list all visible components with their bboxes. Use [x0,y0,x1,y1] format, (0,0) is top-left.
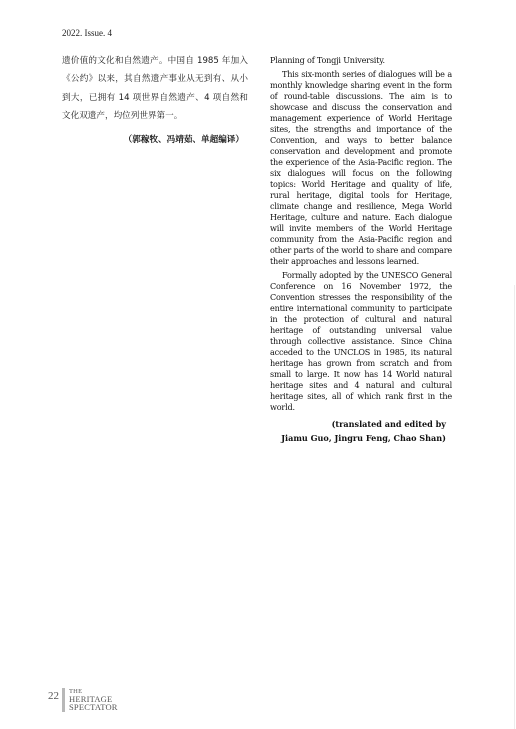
document-page: 2022. Issue. 4 遗价值的文化和自然遗产。中国自 1985 年加入《… [0,0,516,729]
page-edge-line [514,285,515,729]
magazine-logo: THE HERITAGE SPECTATOR [69,688,118,711]
chinese-credit: （郭稼牧、冯靖茹、单超编译） [62,131,248,149]
chinese-column: 遗价值的文化和自然遗产。中国自 1985 年加入《公约》以来，其自然遗产事业从无… [62,52,248,149]
page-number: 22 [48,690,59,702]
english-credit-line1: (translated and edited by [270,417,446,431]
issue-label: 2022. Issue. 4 [62,28,112,38]
english-paragraph-dialogues: This six-month series of dialogues will … [270,69,452,267]
chinese-paragraph: 遗价值的文化和自然遗产。中国自 1985 年加入《公约》以来，其自然遗产事业从无… [62,52,248,126]
footer-divider-bar [62,688,65,712]
english-paragraph-continued: Planning of Tongji University. [270,55,452,66]
english-column: Planning of Tongji University. This six-… [270,55,452,445]
english-paragraph-convention: Formally adopted by the UNESCO General C… [270,270,452,413]
page-footer: 22 THE HERITAGE SPECTATOR [48,688,118,712]
english-credit: (translated and edited by Jiamu Guo, Jin… [270,417,452,445]
logo-line-spectator: SPECTATOR [69,704,118,712]
english-credit-line2: Jiamu Guo, Jingru Feng, Chao Shan) [270,431,446,445]
